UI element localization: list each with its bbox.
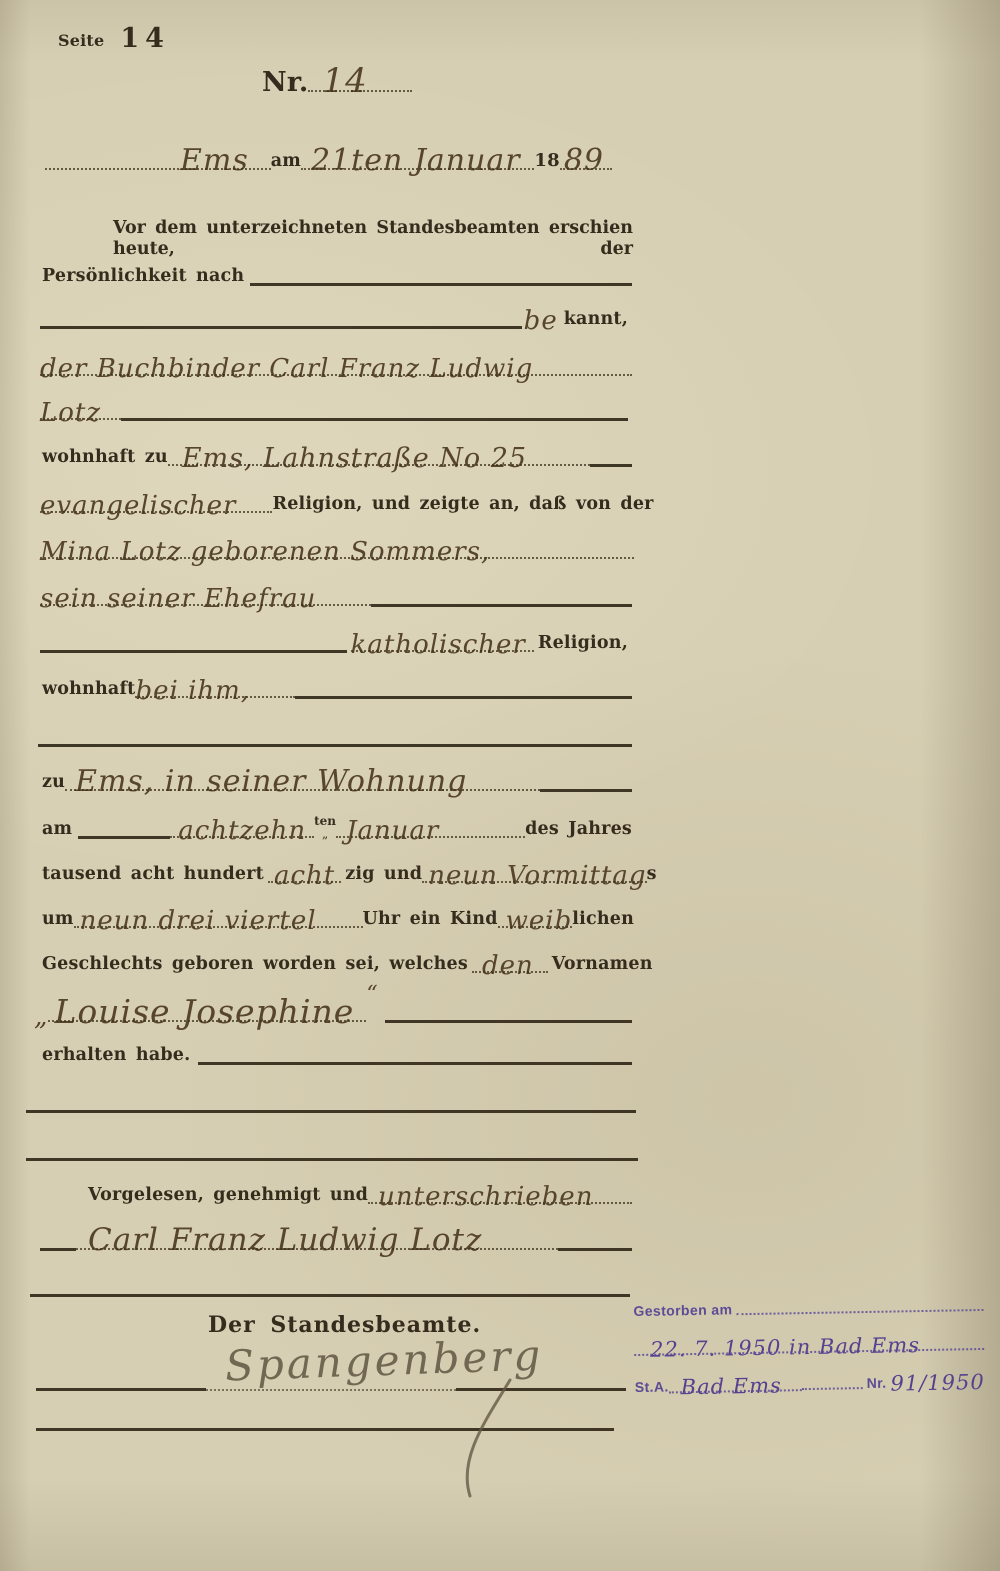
gender-hand: weib bbox=[498, 908, 573, 936]
seite-label: Seite bbox=[58, 33, 104, 52]
stamp-dotted-rule bbox=[802, 1387, 863, 1390]
nr-value: 14 bbox=[308, 64, 412, 100]
blank-line-row bbox=[38, 708, 632, 754]
bei-ihm-row: wohnhaft bei ihm, bbox=[42, 660, 632, 706]
year-hand: 89 bbox=[560, 146, 612, 178]
declarant-line2: Lotz bbox=[40, 400, 121, 428]
address-value: Ems, Lahnstraße No 25 bbox=[168, 445, 590, 474]
zig-und-label: zig und bbox=[345, 866, 422, 892]
am-label: am bbox=[271, 153, 301, 179]
religion1-row: evangelischer Religion, und zeigte an, d… bbox=[40, 475, 632, 521]
blank-rule bbox=[121, 418, 628, 421]
stamp-dotted-rule bbox=[736, 1309, 983, 1315]
year-printed: 18 bbox=[534, 152, 559, 178]
um-label: um bbox=[42, 911, 74, 937]
birthdate-row: am achtzehn ten „ Januar des Jahres bbox=[42, 800, 632, 846]
date-line-row: Ems am 21ten Januar 18 89 bbox=[45, 126, 612, 178]
blank-rule bbox=[371, 604, 632, 607]
tausend-label: tausend acht hundert bbox=[42, 866, 264, 892]
erhalten-row: erhalten habe. bbox=[42, 1026, 632, 1072]
blank-rule bbox=[40, 650, 347, 653]
ten-label: ten bbox=[314, 815, 336, 827]
stamp-nr-label: Nr. bbox=[862, 1376, 886, 1397]
den-hand: den bbox=[472, 953, 548, 981]
blank-rule bbox=[40, 1248, 76, 1251]
nr-label: Nr. bbox=[262, 69, 308, 100]
blank-rule bbox=[540, 789, 632, 792]
place-value: Ems bbox=[45, 146, 271, 178]
blank-rule bbox=[198, 1062, 632, 1065]
birth-time-value: neun drei viertel bbox=[74, 908, 363, 936]
child-name-row: „ Louise Josephine “ bbox=[34, 980, 632, 1030]
blank-rule bbox=[590, 464, 632, 467]
bekannt-hand: be bbox=[524, 308, 558, 336]
blank-rule bbox=[36, 1388, 206, 1391]
blank-rule bbox=[295, 696, 632, 699]
religion2-row: katholischer Religion, bbox=[40, 614, 628, 660]
religion1-hand: evangelischer bbox=[40, 493, 272, 521]
sta-label: St.A. bbox=[635, 1379, 669, 1401]
religion1-printed: Religion, und zeigte an, daß von der bbox=[272, 496, 653, 522]
year-tens-value: acht bbox=[268, 863, 341, 891]
blank-rule bbox=[40, 326, 522, 329]
s-label: s bbox=[647, 866, 657, 892]
blank-rule bbox=[30, 1294, 630, 1297]
birthplace-value: Ems, in seiner Wohnung bbox=[65, 767, 540, 799]
am2-label: am bbox=[42, 821, 72, 847]
quote-close: “ bbox=[366, 980, 378, 1008]
religion2-printed: Religion, bbox=[538, 635, 628, 661]
year-ones-time-value: neun Vormittag bbox=[422, 863, 646, 891]
stamp-death-entry-row: 22. 7. 1950 in Bad Ems bbox=[634, 1319, 985, 1363]
geschlechts-row: Geschlechts geboren worden sei, welches … bbox=[42, 935, 632, 981]
des-jahres-label: des Jahres bbox=[525, 821, 632, 847]
declarant-line1: der Buchbinder Carl Franz Ludwig bbox=[40, 356, 632, 384]
religion2-hand: katholischer bbox=[351, 632, 534, 660]
record-number-row: Nr. 14 bbox=[262, 54, 412, 100]
erhalten-label: erhalten habe. bbox=[42, 1047, 190, 1073]
residence-row: wohnhaft zu Ems, Lahnstraße No 25 bbox=[42, 428, 632, 474]
ten-suffix: ten „ bbox=[314, 815, 336, 846]
stamp-gestorben-row: Gestorben am bbox=[633, 1281, 984, 1325]
persoenlichkeit-row: Persönlichkeit nach bbox=[42, 247, 632, 293]
birthtime-row: um neun drei viertel Uhr ein Kind weib l… bbox=[42, 890, 634, 936]
birth-month-value: Januar bbox=[336, 818, 525, 846]
blank-line-row bbox=[26, 1122, 638, 1168]
signature-flourish bbox=[438, 1378, 528, 1498]
blank-rule bbox=[250, 283, 632, 286]
date-value: 21ten Januar bbox=[301, 146, 534, 178]
gender-printed: lichen bbox=[572, 911, 634, 937]
wohnhaft-label: wohnhaft bbox=[42, 681, 135, 707]
ten-mark: „ bbox=[322, 828, 328, 840]
death-stamp: Gestorben am 22. 7. 1950 in Bad Ems St.A… bbox=[633, 1281, 985, 1401]
child-name: Louise Josephine bbox=[48, 995, 366, 1030]
bekannt-printed: kannt, bbox=[564, 311, 628, 337]
stamp-nr-value: 91/1950 bbox=[886, 1372, 985, 1397]
blank-rule bbox=[38, 744, 632, 747]
blank-rule bbox=[26, 1158, 638, 1161]
birthyear-row: tausend acht hundert acht zig und neun V… bbox=[42, 845, 634, 891]
declarant-signature-row: Carl Franz Ludwig Lotz bbox=[40, 1208, 632, 1258]
declarant-signature: Carl Franz Ludwig Lotz bbox=[76, 1225, 558, 1258]
stamp-sta-row: St.A. Bad Ems Nr. 91/1950 bbox=[634, 1357, 985, 1401]
blank-rule bbox=[78, 836, 170, 839]
vornamen-label: Vornamen bbox=[552, 956, 653, 982]
blank-rule bbox=[558, 1248, 632, 1251]
mother-row: Mina Lotz geborenen Sommers, bbox=[40, 521, 634, 567]
declarant-line2-row: Lotz bbox=[40, 382, 628, 428]
blank-line-row bbox=[26, 1074, 636, 1120]
bei-ihm-hand: bei ihm, bbox=[135, 678, 295, 706]
zu-label: zu bbox=[42, 774, 65, 800]
seite-number: 14 bbox=[120, 25, 170, 52]
uhr-label: Uhr ein Kind bbox=[363, 911, 498, 937]
bekannt-row: be kannt, bbox=[40, 290, 628, 336]
wohnhaft-zu-label: wohnhaft zu bbox=[42, 449, 168, 475]
ehefrau-hand: sein seiner Ehefrau bbox=[40, 586, 371, 614]
page-number-row: Seite 14 bbox=[58, 14, 278, 52]
geschlechts-label: Geschlechts geboren worden sei, welches bbox=[42, 956, 468, 982]
vorgelesen-row: Vorgelesen, genehmigt und unterschrieben bbox=[88, 1166, 632, 1212]
birthplace-row: zu Ems, in seiner Wohnung bbox=[42, 753, 632, 799]
blank-rule bbox=[385, 1020, 632, 1023]
document-page: Seite 14 Nr. 14 Ems am 21ten Januar 18 8… bbox=[0, 0, 1000, 1571]
blank-rule bbox=[26, 1110, 636, 1113]
ehefrau-row: sein seiner Ehefrau bbox=[40, 568, 632, 614]
birth-day-value: achtzehn bbox=[170, 818, 314, 846]
gestorben-label: Gestorben am bbox=[633, 1302, 732, 1325]
mother-name: Mina Lotz geborenen Sommers, bbox=[40, 539, 634, 567]
blank-line-row bbox=[30, 1258, 630, 1304]
sta-place: Bad Ems bbox=[669, 1375, 802, 1400]
declarant-line1-row: der Buchbinder Carl Franz Ludwig bbox=[40, 338, 632, 384]
